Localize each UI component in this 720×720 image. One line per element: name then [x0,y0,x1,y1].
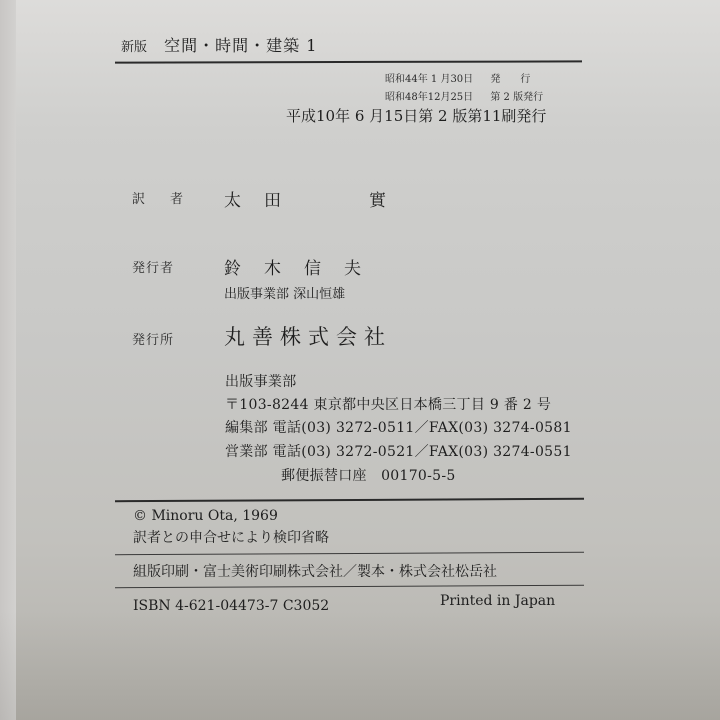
publishing-house-label: 発行所 [132,329,174,348]
publisher-name: 鈴木信夫 [224,254,361,279]
publisher-label: 発行者 [132,257,174,276]
edition-label: 新版 [121,40,147,55]
address-editorial: 編集部 電話(03) 3272-0511／FAX(03) 3274-0581 [225,417,572,437]
copyright-notice: © Minoru Ota, 1969 [133,508,278,524]
printing-rule [115,552,584,555]
page-bottom-shadow [0,610,720,720]
history-event-1: 発 行 [490,74,530,85]
book-title: 空間・時間・建築 1 [164,36,317,55]
history-date-1: 昭和44年 1 月30日 [385,74,473,85]
history-row-3: 平成10年 6 月15日第 2 版第11刷発行 [286,105,546,126]
history-row-1: 昭和44年 1 月30日 発 行 [385,70,530,85]
address-postal: 〒103-8244 東京都中央区日本橋三丁目 9 番 2 号 [225,394,551,414]
header-rule [115,60,582,63]
publishing-house-name: 丸善株式会社 [224,321,392,351]
footer-rule [115,585,584,588]
translator-label: 訳 者 [132,188,189,207]
address-postal-transfer: 郵便振替口座 00170-5-5 [281,465,456,485]
history-event-2: 第 2 版発行 [490,92,543,103]
seal-omission-note: 訳者との申合せにより検印省略 [133,527,329,547]
publisher-department: 出版事業部 深山恒雄 [224,283,345,302]
isbn: ISBN 4-621-04473-7 C3052 [133,598,329,614]
printed-in-japan: Printed in Japan [440,593,555,609]
history-row-2: 昭和48年12月25日 第 2 版発行 [385,88,543,103]
translator-name: 太田實 [224,186,386,211]
address-sales: 営業部 電話(03) 3272-0521／FAX(03) 3274-0551 [225,441,572,461]
copyright-rule [115,498,584,502]
printer-binder: 組版印刷・富士美術印刷株式会社／製本・株式会社松岳社 [133,561,497,581]
address-department: 出版事業部 [225,371,297,391]
history-date-2: 昭和48年12月25日 [385,92,473,103]
book-header: 新版 空間・時間・建築 1 [121,33,317,56]
